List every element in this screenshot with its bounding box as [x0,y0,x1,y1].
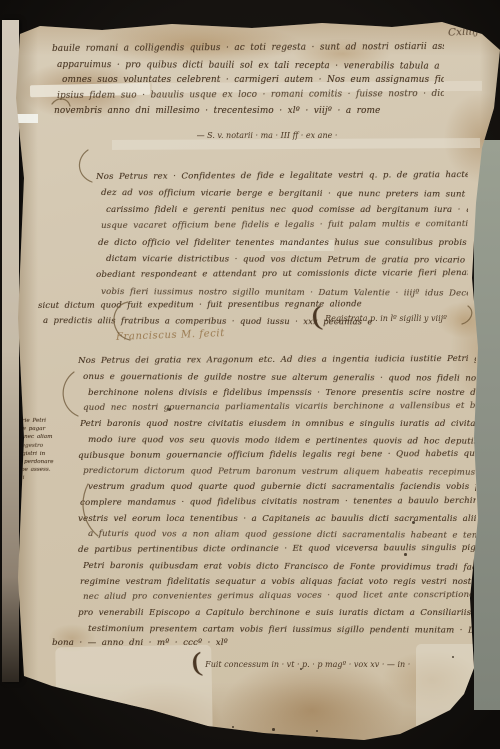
folio-number: Cxliiij [448,25,479,39]
margin-note-line: regestro [19,441,60,449]
margin-note-line: iii [19,474,60,482]
registration-note-text: Registrata p. in lº sigilli y viijº [325,314,447,323]
ink-speck [300,668,302,670]
margin-note-line: registri in [16,450,60,458]
manuscript-line: de dicto officio vel fideliter tenentes … [98,235,468,251]
backing-board [474,140,500,710]
concession-note: ( Fuit concessum in · vt · p. · p magº ·… [192,652,410,676]
registration-note: ( Registrata p. in lº sigilli y viijº [312,306,447,330]
manuscript-line: omnes suos voluntates celebrent · carmig… [62,73,444,89]
entry-3-lines: Nos Petrus dei gratia rex Aragonum etc. … [78,354,476,638]
manuscript-photo: Cxliiij bauile romani a colligendis quib… [0,0,500,749]
margin-note-line: Curie Petri [14,417,60,425]
entry-1-lines: bauile romani a colligendis quibus · ac … [52,42,444,120]
manuscript-line: bauile romani a colligendis quibus · ac … [52,42,444,57]
ink-speck [316,730,318,732]
ink-speck [452,656,454,658]
manuscript-line: complere mandamus · quod fidelibus civit… [80,494,476,512]
margin-note-line: de pagar [19,425,60,433]
manuscript-line: pro venerabili Episcopo a Capitulo berch… [78,606,476,622]
scribe-signature: Franciscus M. fecit [116,328,225,343]
ink-speck [168,408,171,411]
manuscript-line: nec aliud pro convenientes gerimus aliqu… [83,588,476,606]
manuscript-line: bona · — anno dni · mº · cccº · xlº · oc… [52,636,232,652]
ink-speck [232,726,234,728]
manuscript-line: quod nec nostri gouernancia parliamental… [83,399,476,417]
entry-3-last-line: bona · — anno dni · mº · cccº · xlº · oc… [52,636,232,652]
manuscript-line: usque vacaret officium bene fidelis e le… [101,216,468,234]
manuscript-line: dez ad vos officium vicarie berge e berg… [101,185,468,203]
manuscript-line: Nos Petrus dei gratia rex Aragonum etc. … [78,354,476,370]
ink-speck [272,728,275,731]
manuscript-line: de partibus pertinentibus dicte ordinanc… [78,541,476,559]
manuscript-page: Cxliiij bauile romani a colligendis quib… [12,18,500,742]
manuscript-line: Nos Petrus rex · Confidentes de fide e l… [96,169,468,185]
entry-1-subscript: — S. v. notarii · ma · III ff · ex ane · [162,131,372,140]
margin-note-line: nec aliam [24,433,60,441]
manuscript-line: novembris anno dni millesimo · trecentes… [54,104,444,120]
ink-speck [404,553,407,556]
repair-patch [416,644,478,730]
bracket-icon: ( [309,306,325,331]
manuscript-line: Petri baronis quod nostre civitatis eius… [80,417,476,433]
repair-patch [16,114,38,123]
bracket-icon: ( [189,652,205,677]
concession-note-text: Fuit concessum in · vt · p. · p magº · v… [205,660,410,669]
margin-notes: Curie Petride pagarnec aliamregestroregi… [14,417,60,483]
manuscript-line: vestris vel eorum loca tenentibus · a Ca… [78,512,476,528]
manuscript-line: quibusque bonum gouernancie officium fid… [78,446,476,464]
gutter-page-edge [2,20,19,682]
entry-2-lines: Nos Petrus rex · Confidentes de fide e l… [96,169,468,300]
ink-speck [412,521,415,524]
manuscript-line: obediant respondeant e attendant pro ut … [96,265,468,283]
manuscript-line: ipsius fidem suo · bauulis usque ex loco… [57,86,444,104]
